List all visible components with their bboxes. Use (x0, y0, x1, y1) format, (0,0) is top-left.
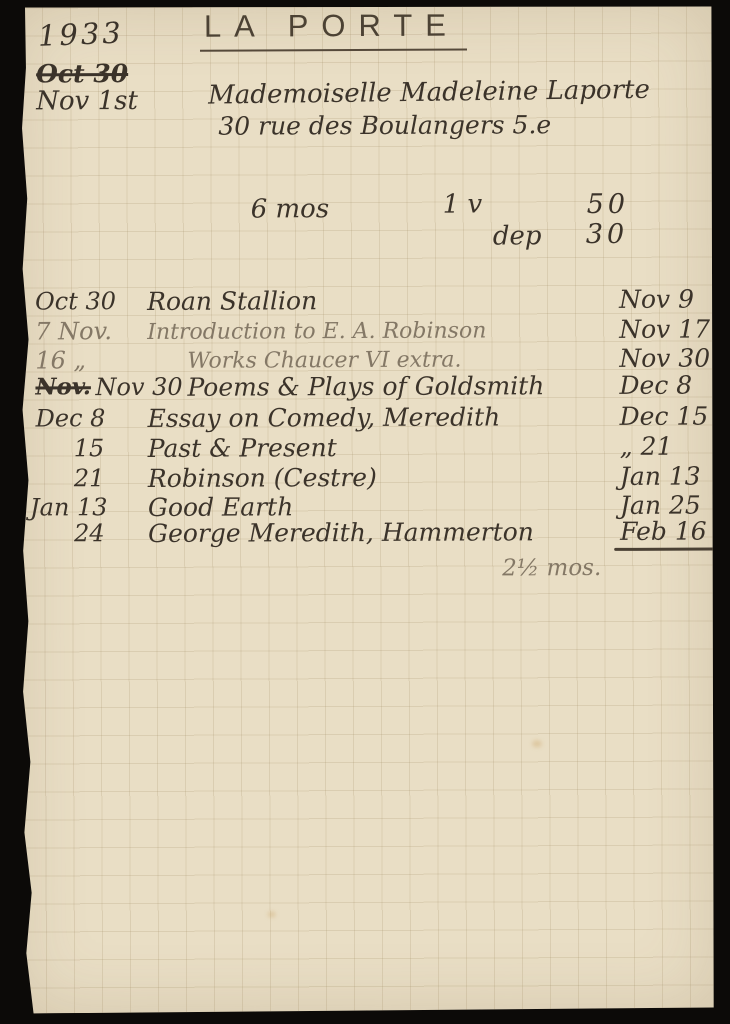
log-book-title: Essay on Comedy, Meredith (148, 402, 501, 433)
log-book-title: Introduction to E. A. Robinson (147, 318, 486, 344)
log-date-out: 7 Nov. (35, 317, 112, 345)
log-date-returned: Feb 16 (620, 516, 730, 546)
subscription-duration: 6 mos (251, 194, 330, 224)
log-date-out: 24 (74, 519, 105, 547)
log-row: 21 Robinson (Cestre) Jan 13 (16, 461, 715, 494)
log-book-title: Works Chaucer VI extra. (187, 348, 461, 374)
scanned-library-card-page: { "card": { "year": "1933", "title": "LA… (0, 0, 730, 1024)
cardholder-surname-title: LA PORTE (200, 8, 467, 52)
log-row: Oct 30 Roan Stallion Nov 9 (15, 284, 714, 317)
log-closing-rule (614, 547, 730, 551)
log-date-out: Nov 30 (95, 373, 182, 401)
paper-stain (268, 911, 276, 917)
log-row: 24 George Meredith, Hammerton Feb 16 (16, 516, 715, 549)
log-date-returned: Jan 25 (620, 490, 730, 520)
subscription-volumes: 1 v (443, 189, 483, 219)
log-date-returned: Dec 8 (619, 370, 730, 400)
log-date-out: 15 (74, 434, 105, 462)
log-date-returned: Jan 13 (620, 461, 730, 491)
log-date-returned: Nov 9 (619, 284, 730, 314)
total-duration-note: 2½ mos. (502, 555, 601, 581)
log-book-title: Past & Present (148, 433, 337, 463)
log-row: Dec 8 Essay on Comedy, Meredith Dec 15 (16, 401, 715, 434)
log-date-out: Dec 8 (36, 404, 106, 432)
log-book-title: Poems & Plays of Goldsmith (187, 371, 544, 402)
member-address: 30 rue des Boulangers 5.e (218, 110, 551, 140)
card-year: 1933 (37, 16, 124, 53)
deposit-amount: 30 (586, 219, 628, 250)
membership-date: Nov 1st (36, 86, 138, 116)
paper-stain (532, 740, 542, 747)
log-row: 15 Past & Present „ 21 (16, 431, 715, 464)
lending-library-card: 1933 LA PORTE Oct 30 Nov 1st Mademoisell… (14, 4, 717, 1013)
log-date-out: 16 „ (35, 346, 86, 374)
log-date-returned: „ 21 (620, 431, 730, 461)
log-date-returned: Nov 30 (619, 343, 730, 373)
log-book-title: George Meredith, Hammerton (148, 517, 534, 548)
log-date-out: Oct 30 (35, 287, 116, 315)
log-date-out: Jan 13 (30, 493, 108, 521)
deposit-label: dep (493, 221, 542, 251)
log-book-title: Roan Stallion (147, 286, 317, 316)
member-name: Mademoiselle Madeleine Laporte (208, 75, 650, 111)
log-date-out-crossed: Nov. (35, 373, 91, 400)
membership-date-crossed-out: Oct 30 (36, 59, 128, 88)
log-row: Nov. Nov 30 Poems & Plays of Goldsmith D… (15, 370, 714, 403)
subscription-price: 50 (587, 189, 629, 220)
log-row: 7 Nov. Introduction to E. A. Robinson No… (15, 314, 714, 347)
log-book-title: Robinson (Cestre) (148, 463, 377, 493)
log-date-out: 21 (74, 464, 105, 492)
log-date-returned: Dec 15 (620, 401, 730, 431)
log-date-returned: Nov 17 (619, 314, 730, 344)
